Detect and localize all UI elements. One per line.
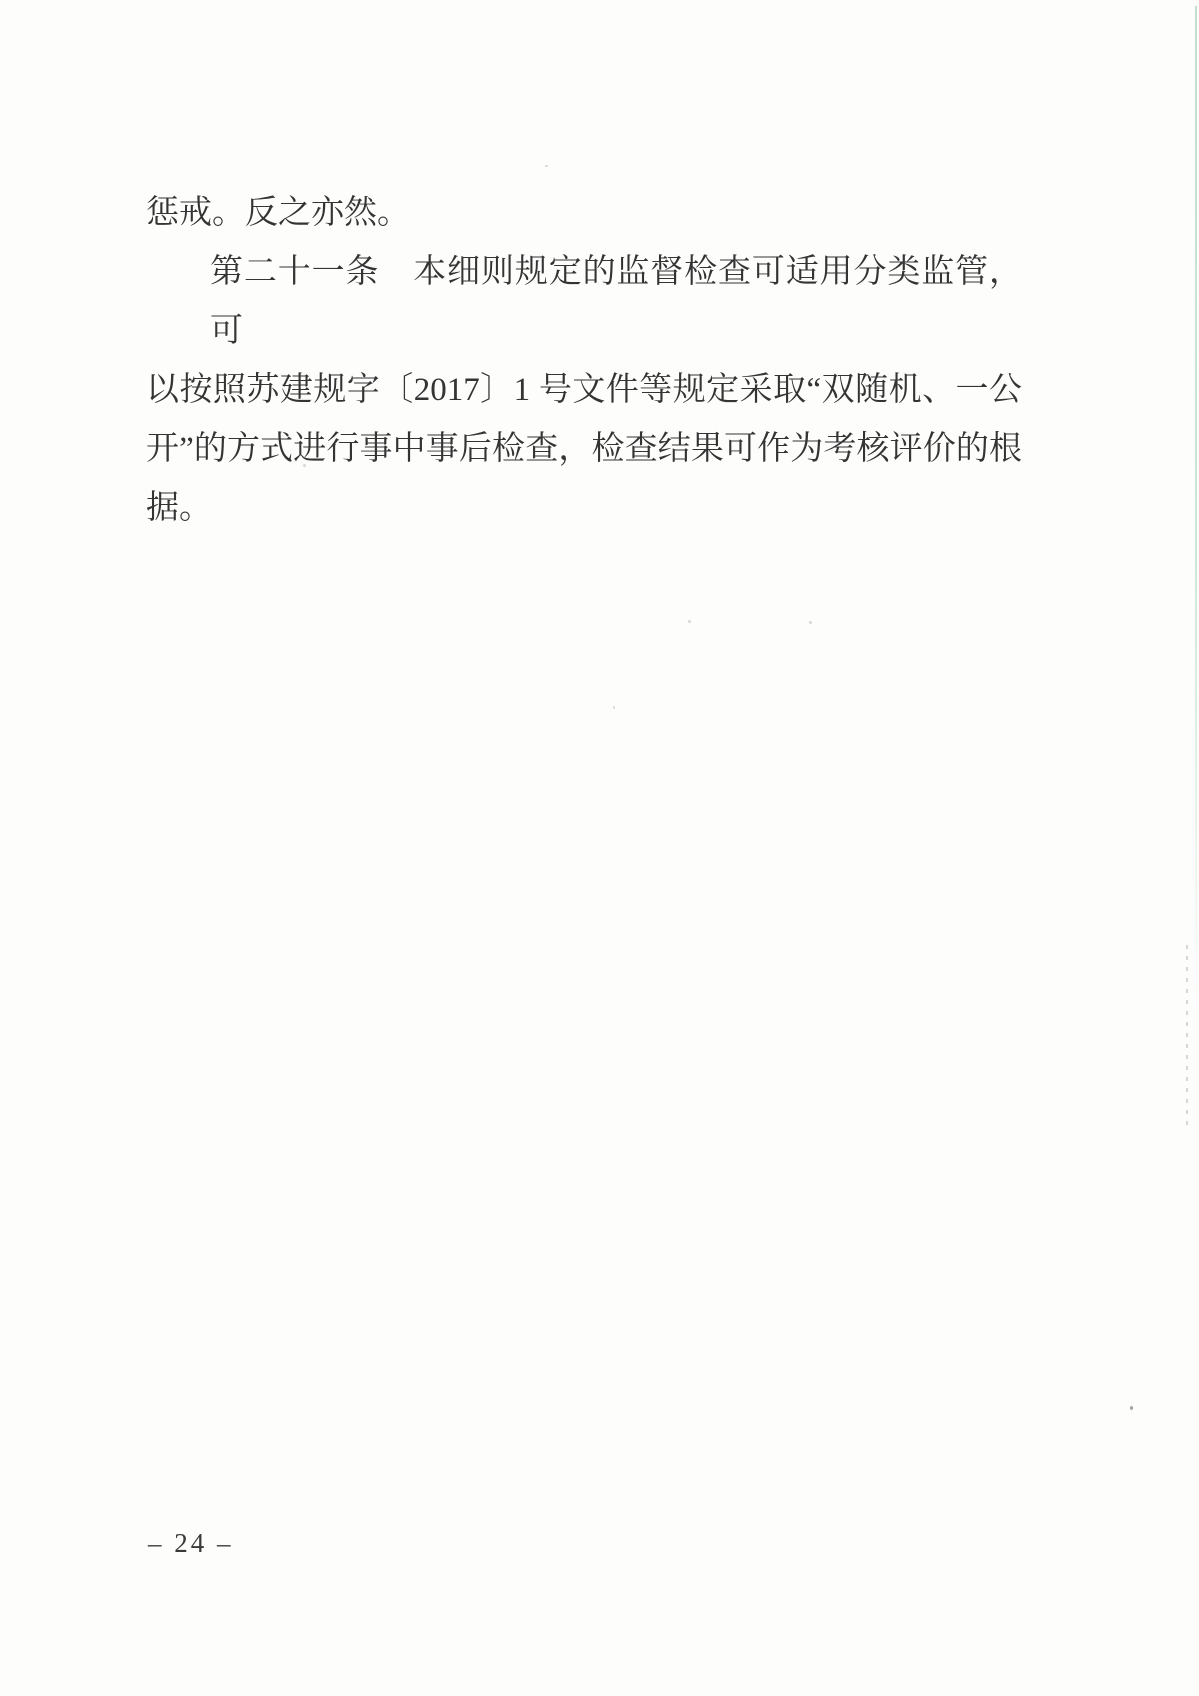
scan-speck [688,620,691,623]
page-number: – 24 – [148,1528,234,1559]
scan-speck [545,165,548,167]
scan-speck [303,464,306,467]
scanned-document-page: 惩戒。反之亦然。 第二十一条 本细则规定的监督检查可适用分类监管，可 以按照苏建… [0,0,1199,1696]
document-line: 开”的方式进行事中事后检查，检查结果可作为考核评价的根 [146,420,1022,479]
scan-speck [809,621,812,624]
document-line: 据。 [146,479,1022,538]
document-text-block: 惩戒。反之亦然。 第二十一条 本细则规定的监督检查可适用分类监管，可 以按照苏建… [146,184,1022,538]
document-line: 以按照苏建规字〔2017〕1 号文件等规定采取“双随机、一公 [146,361,1022,420]
document-line-article-21: 第二十一条 本细则规定的监督检查可适用分类监管，可 [146,243,1022,361]
scan-speck [613,706,615,709]
scan-edge-line-artifact [1195,6,1197,1011]
scan-speck [1130,1406,1133,1410]
scan-marks-artifact [1186,945,1188,1125]
document-line: 惩戒。反之亦然。 [146,184,1022,243]
